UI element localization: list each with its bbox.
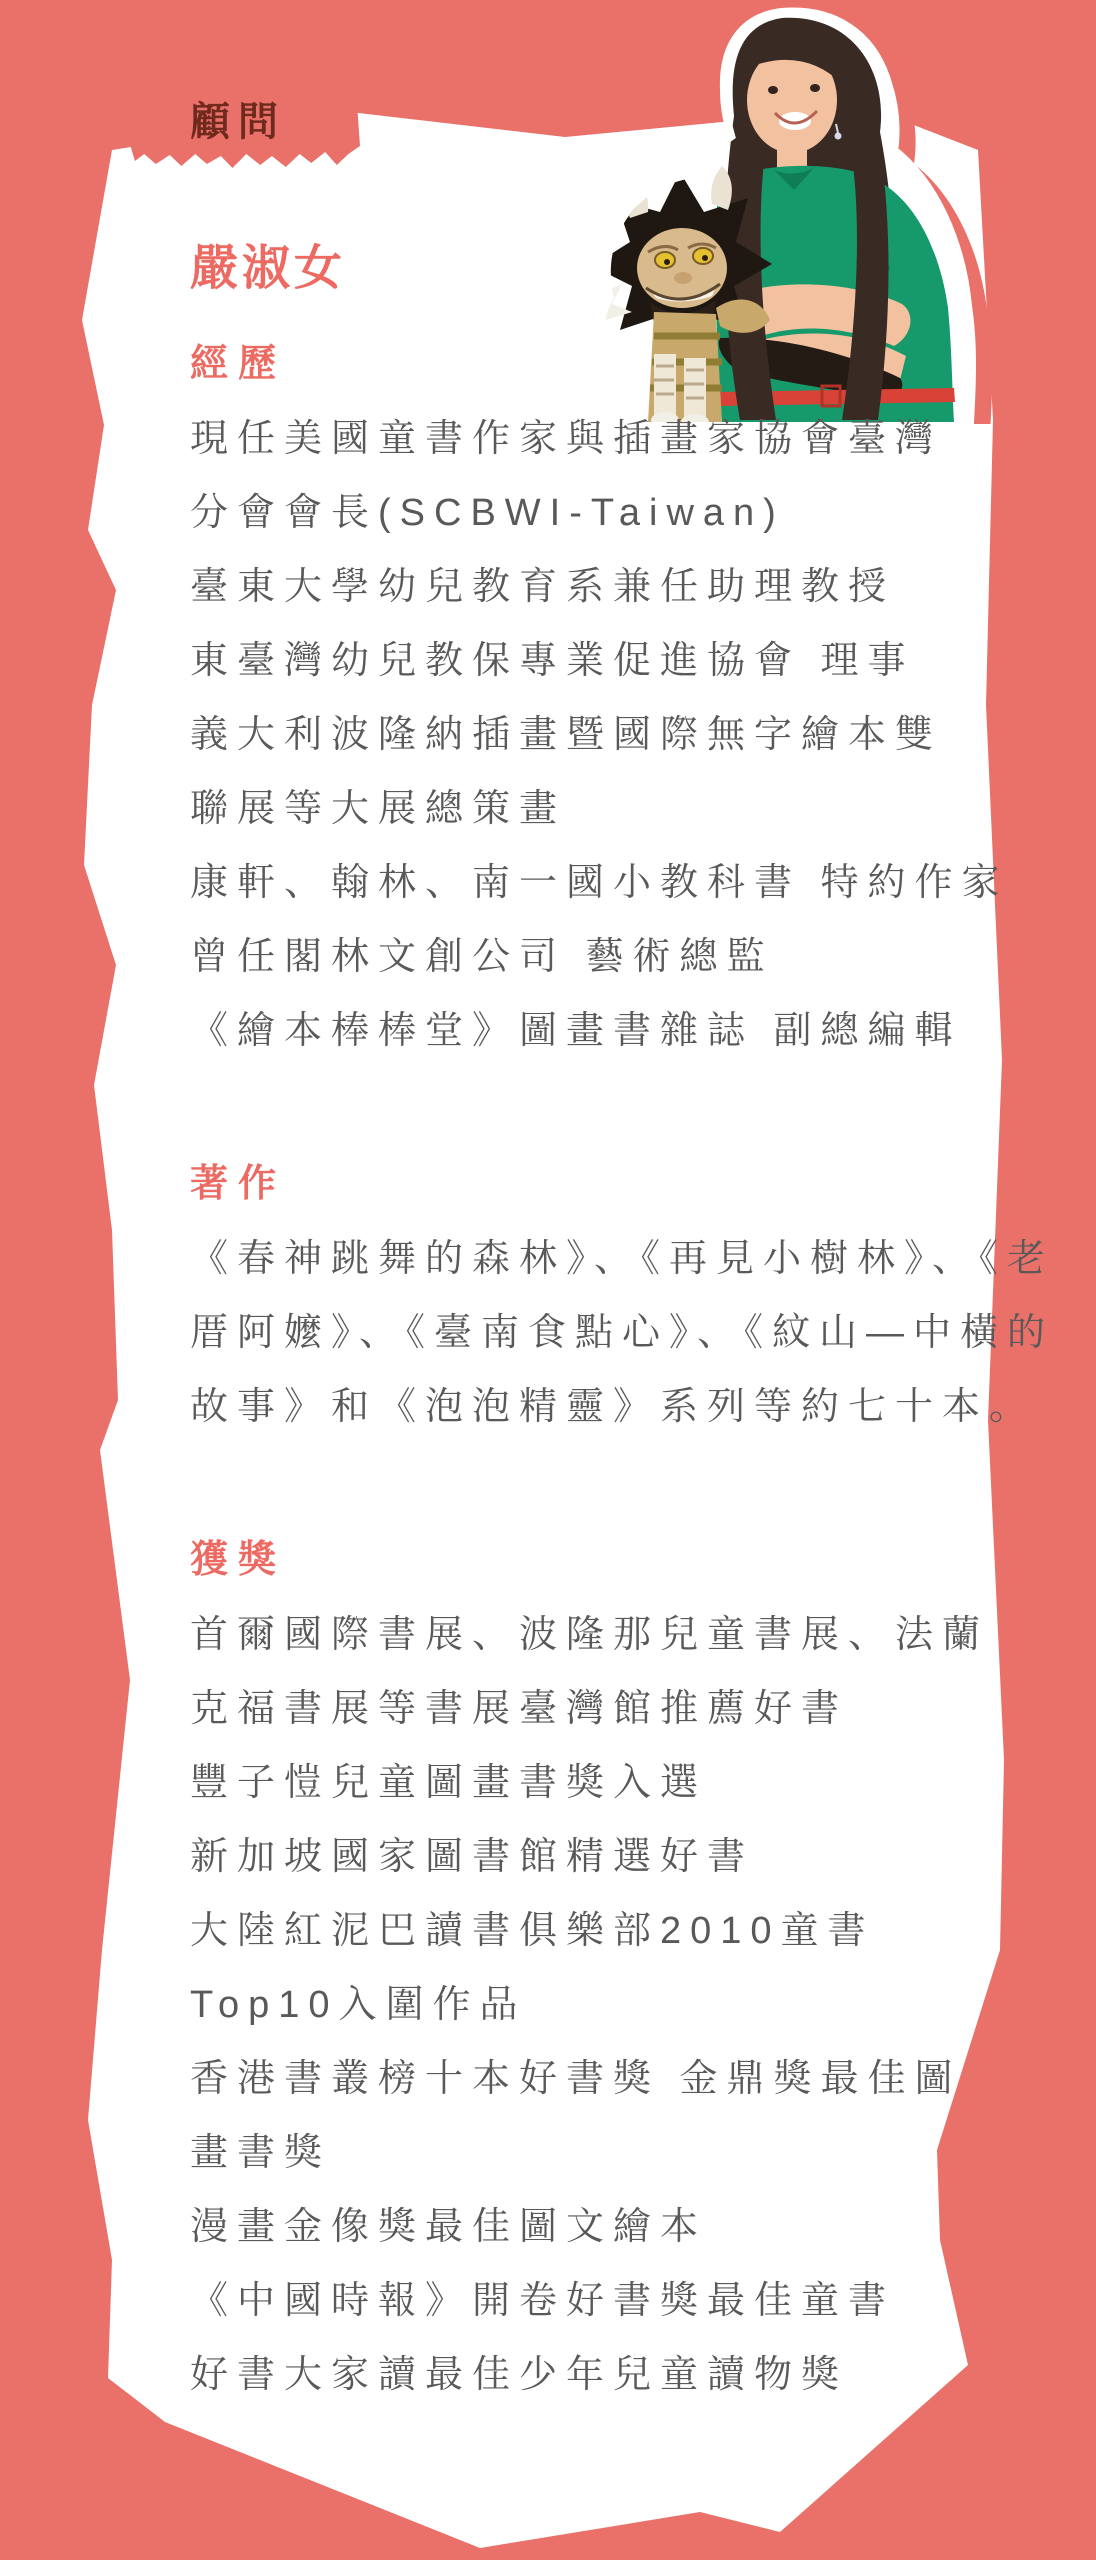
bio-line: 《春神跳舞的森林》、《再見小樹林》、《老 (190, 1222, 958, 1296)
bio-line: 《中國時報》開卷好書獎最佳童書 (190, 2264, 958, 2338)
bio-line: 臺東大學幼兒教育系兼任助理教授 (190, 550, 958, 624)
author-name: 嚴淑女 (190, 238, 958, 300)
section-title: 著作 (190, 1156, 958, 1212)
bio-line: 曾任閣林文創公司 藝術總監 (190, 920, 958, 994)
bio-line: 新加坡國家圖書館精選好書 (190, 1820, 958, 1894)
bio-line: 《繪本棒棒堂》圖畫書雜誌 副總編輯 (190, 994, 958, 1068)
section-title: 獲獎 (190, 1532, 958, 1588)
bio-line: 東臺灣幼兒教保專業促進協會 理事 (190, 624, 958, 698)
bio-line: 厝阿嬤》、《臺南食點心》、《紋山—中橫的 (190, 1296, 958, 1370)
bio-line: 畫書獎 (190, 2116, 958, 2190)
section-title: 經歷 (190, 336, 958, 392)
bio-section: 獲獎首爾國際書展、波隆那兒童書展、法蘭克福書展等書展臺灣館推薦好書豐子愷兒童圖畫… (190, 1532, 958, 2412)
bio-line: 好書大家讀最佳少年兒童讀物獎 (190, 2338, 958, 2412)
bio-line: 分會會長(SCBWI-Taiwan) (190, 476, 958, 550)
bio-poster: 顧問 嚴淑女 經歷現任美國童書作家與插畫家協會臺灣分會會長(SCBWI-Taiw… (0, 0, 1096, 2560)
bio-line: 漫畫金像獎最佳圖文繪本 (190, 2190, 958, 2264)
bio-line: 香港書叢榜十本好書獎 金鼎獎最佳圖 (190, 2042, 958, 2116)
bio-line: 克福書展等書展臺灣館推薦好書 (190, 1672, 958, 1746)
bio-line: 故事》和《泡泡精靈》系列等約七十本。 (190, 1370, 958, 1444)
bio-sections: 經歷現任美國童書作家與插畫家協會臺灣分會會長(SCBWI-Taiwan)臺東大學… (190, 336, 958, 2412)
bio-line: 義大利波隆納插畫暨國際無字繪本雙 (190, 698, 958, 772)
bio-section: 著作《春神跳舞的森林》、《再見小樹林》、《老厝阿嬤》、《臺南食點心》、《紋山—中… (190, 1156, 958, 1444)
bio-line: 豐子愷兒童圖畫書獎入選 (190, 1746, 958, 1820)
bio-line: Top10入圍作品 (190, 1968, 958, 2042)
bio-line: 聯展等大展總策畫 (190, 772, 958, 846)
bio-line: 現任美國童書作家與插畫家協會臺灣 (190, 402, 958, 476)
bio-line: 大陸紅泥巴讀書俱樂部2010童書 (190, 1894, 958, 1968)
bio-line: 康軒、翰林、南一國小教科書 特約作家 (190, 846, 958, 920)
bio-line: 首爾國際書展、波隆那兒童書展、法蘭 (190, 1598, 958, 1672)
role-label-text: 顧問 (190, 90, 286, 147)
bio-section: 經歷現任美國童書作家與插畫家協會臺灣分會會長(SCBWI-Taiwan)臺東大學… (190, 336, 958, 1068)
bio-content: 嚴淑女 經歷現任美國童書作家與插畫家協會臺灣分會會長(SCBWI-Taiwan)… (190, 238, 958, 2412)
